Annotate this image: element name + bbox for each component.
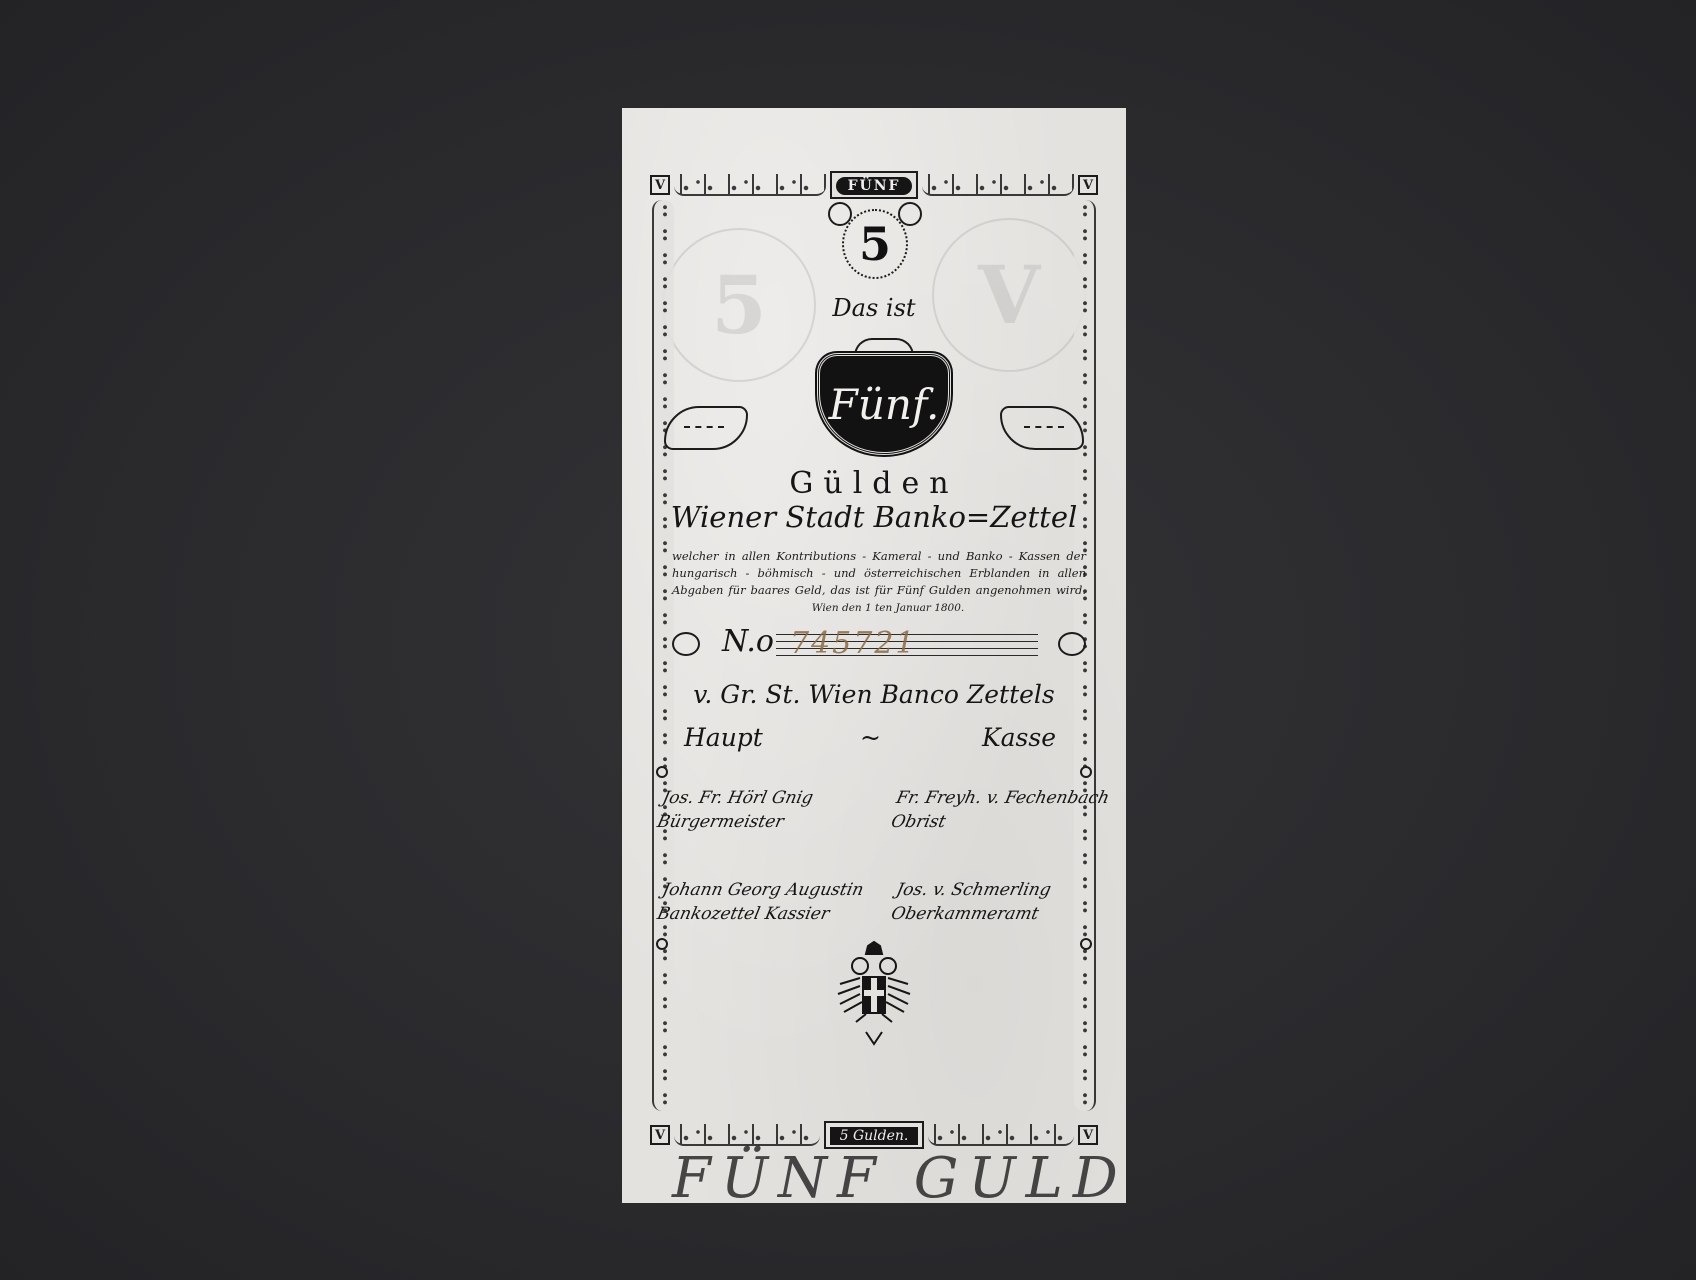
ornament-frieze-icon [922, 174, 1074, 196]
office-row: Haupt ~ Kasse [682, 723, 1086, 759]
issue-date: Wien den 1 ten Januar 1800. [812, 602, 965, 614]
ornament-frieze-icon [674, 174, 826, 196]
office-left: Haupt [684, 723, 763, 752]
legal-text: welcher in allen Kontributions - Kameral… [672, 548, 1086, 617]
rosette-icon [1080, 766, 1092, 778]
corner-mark-icon: V [650, 1125, 670, 1145]
banknote: 5 V V FÜNF V 5 Das ist Fünf. Gülden Wien… [622, 108, 1126, 1203]
rosette-icon [1080, 938, 1092, 950]
issuer-line: v. Gr. St. Wien Banco Zettels [622, 680, 1126, 709]
corner-mark-icon: V [1078, 175, 1098, 195]
flourish-left-icon [664, 406, 748, 450]
signature-4: Jos. v. Schmerling Oberkammeramt [889, 878, 1053, 926]
corner-mark-icon: V [1078, 1125, 1098, 1145]
signature-1: Jos. Fr. Hörl Gnig Bürgermeister [655, 786, 816, 834]
corner-mark-icon: V [650, 175, 670, 195]
numeral-cartouche: 5 [832, 196, 918, 292]
value-word: Fünf. [829, 380, 940, 429]
ornament-frieze-icon [674, 1124, 820, 1146]
serial-prefix: N.o [722, 624, 774, 659]
bottom-value-label: 5 Gulden. [824, 1121, 925, 1149]
bank-title: Wiener Stadt Banko=Zettel [622, 500, 1126, 534]
flourish-right-icon [1000, 406, 1084, 450]
das-ist-text: Das ist [622, 294, 1126, 322]
currency-word: Gülden [622, 466, 1126, 501]
serial-number: 745721 [790, 626, 917, 661]
signature-3: Johann Georg Augustin Bankozettel Kassie… [655, 878, 866, 926]
office-right: Kasse [982, 723, 1056, 752]
rosette-icon [656, 938, 668, 950]
rosette-icon [656, 766, 668, 778]
double-headed-eagle-icon [836, 940, 912, 1050]
value-shield: Fünf. [817, 353, 951, 455]
swirl-right-icon [1058, 632, 1086, 656]
serial-row: N.o 745721 [672, 624, 1086, 664]
signature-2: Fr. Freyh. v. Fechenbach Obrist [889, 786, 1112, 834]
ornament-frieze-icon [928, 1124, 1074, 1146]
left-border-ornament-icon [652, 200, 674, 1111]
top-value-label: FÜNF [830, 171, 919, 199]
swirl-left-icon [672, 632, 700, 656]
value-numeral: 5 [842, 209, 908, 279]
bottom-script-text: FÜNF GULD [672, 1146, 1106, 1203]
office-separator: ~ [860, 723, 881, 752]
